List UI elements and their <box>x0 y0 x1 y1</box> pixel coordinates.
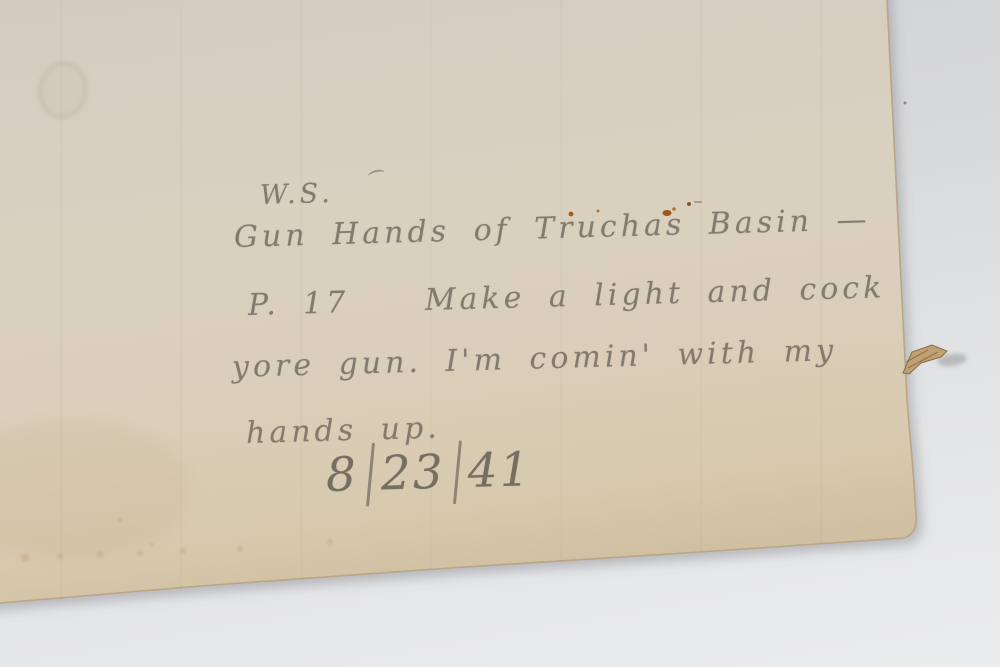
handwritten-initials: W.S. <box>260 178 335 211</box>
quote-line-1: Make a light and cock <box>424 270 885 318</box>
handwritten-title: Gun Hands of Truchas Basin — <box>234 202 871 255</box>
quote-line-2-text: yore gun. I'm comin' with my <box>232 333 838 385</box>
date-separator-stroke <box>366 443 375 507</box>
date-separator-stroke <box>453 440 462 504</box>
date-year: 41 <box>467 438 533 504</box>
handwritten-page-and-quote: P. 17 Make a light and cock <box>248 270 886 323</box>
photo-backdrop: W.S. Gun Hands of Truchas Basin — P. 17 … <box>0 0 1000 667</box>
pencil-tick-mark <box>367 168 386 181</box>
page-ref-text: P. 17 <box>248 285 350 323</box>
handwritten-inscription: W.S. Gun Hands of Truchas Basin — P. 17 … <box>0 0 1000 667</box>
initials-text: W.S. <box>260 178 335 211</box>
date-month: 8 <box>325 443 359 508</box>
date-day: 23 <box>380 441 446 507</box>
handwritten-date: 8 23 41 <box>325 438 532 508</box>
quote-line-2: yore gun. I'm comin' with my <box>232 333 838 385</box>
title-text: Gun Hands of Truchas Basin — <box>234 202 871 255</box>
